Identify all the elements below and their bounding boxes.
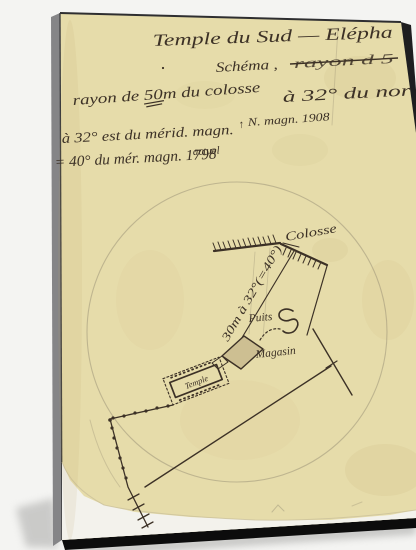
- artwork-canvas: Temple du Sud — Elépha Schéma , rayon d …: [0, 0, 416, 550]
- label-puits: Puits: [247, 311, 273, 325]
- north-arrow-icon: ↑: [238, 119, 244, 131]
- framed-print-mockup: Temple du Sud — Elépha Schéma , rayon d …: [0, 0, 416, 550]
